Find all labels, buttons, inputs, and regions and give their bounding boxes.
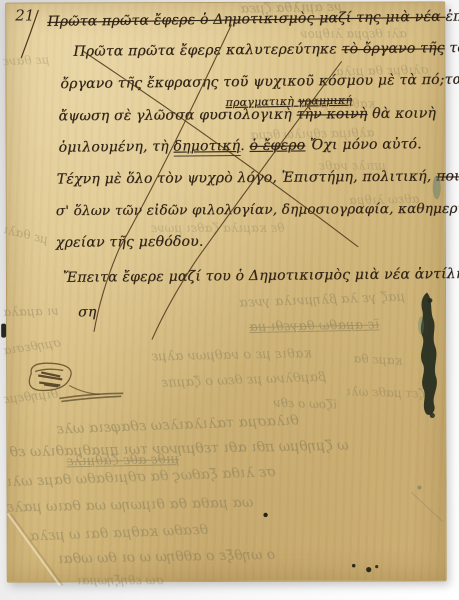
struck-text: τὴν κοινὴ (296, 106, 367, 123)
manuscript-line: χρείαν τῆς μεθόδου. (56, 234, 204, 251)
manuscript-line: Ἔπειτα ἔφερε μαζί του ὁ Δημοτικισμὸς μιὰ… (63, 266, 459, 286)
page-number: 21 (15, 7, 34, 25)
struck-text: ποι (436, 168, 459, 184)
handwritten-text: θὰ κοινὴ (367, 105, 436, 122)
manuscript-line: ὄργανο τῆς ἔκφρασης τοῦ ψυχικοῦ κόσμου μ… (60, 72, 459, 93)
handwritten-text: ἐπιστήμη. (445, 8, 459, 25)
handwritten-text: τὸ (445, 40, 459, 56)
handwritten-text: χρείαν τῆς μεθόδου. (56, 234, 204, 251)
manuscript-line: ὁμιλουμένη, τὴ δημοτική. ὁ ἔφερο Ὄχι μόν… (59, 136, 422, 155)
struck-text: ὁ ἔφερο (249, 137, 305, 154)
struck-text: τὸ ὄργανο τῆς (342, 40, 445, 57)
handwritten-text: Τέχνη μὲ ὅλο τὸν ψυχρὸ λόγο, Ἐπιστήμη, π… (57, 169, 436, 188)
handwritten-text: . (240, 138, 249, 154)
handwritten-text: ἄψωση σὲ γλῶσσα φυσιολογικὴ (58, 107, 296, 125)
handwritten-text: σ' ὅλων τῶν εἰδῶν φιλολογίαν, δημοσιογρα… (56, 201, 459, 220)
manuscript-line: σ' ὅλων τῶν εἰδῶν φιλολογίαν, δημοσιογρα… (56, 201, 459, 220)
manuscript-line: ἄψωση σὲ γλῶσσα φυσιολογικὴ τὴν κοινὴ θὰ… (58, 105, 436, 124)
handwritten-text: δημοτική (173, 138, 240, 157)
handwritten-text: Ὄχι μόνο αὐτό. (305, 136, 422, 153)
handwritten-text: ὄργανο τῆς ἔκφρασης τοῦ ψυχικοῦ κόσμου μ… (60, 72, 459, 93)
handwritten-text: Πρῶτα πρῶτα ἔφερε καλυτερεύτηκε (73, 41, 341, 60)
handwritten-text: ὁμιλουμένη, τὴ (59, 139, 174, 156)
handwritten-text: ση (78, 304, 96, 320)
manuscript-line: Πρῶτα πρῶτα ἔφερε ὁ Δημοτικισμὸς μαζί τη… (47, 8, 459, 30)
manuscript-line: Πρῶτα πρῶτα ἔφερε καλυτερεύτηκε τὸ ὄργαν… (73, 40, 459, 60)
scanned-photo: νε αμιλθα ζμεααλι θερμα λιθμονμε θανεσλι… (0, 0, 459, 600)
handwritten-text: Ἔπειτα ἔφερε μαζί του ὁ Δημοτικισμὸς μιὰ… (63, 266, 459, 286)
manuscript-line: Τέχνη μὲ ὅλο τὸν ψυχρὸ λόγο, Ἐπιστήμη, π… (57, 168, 459, 187)
handwriting-layer: 21 Πρῶτα πρῶτα ἔφερε ὁ Δημοτικισμὸς μαζί… (0, 0, 459, 600)
struck-text: Πρῶτα πρῶτα ἔφερε ὁ Δημοτικισμὸς μαζί τη… (47, 9, 445, 30)
manuscript-page: νε αμιλθα ζμεααλι θερμα λιθμονμε θανεσλι… (5, 1, 447, 582)
manuscript-line: ση (78, 304, 96, 320)
